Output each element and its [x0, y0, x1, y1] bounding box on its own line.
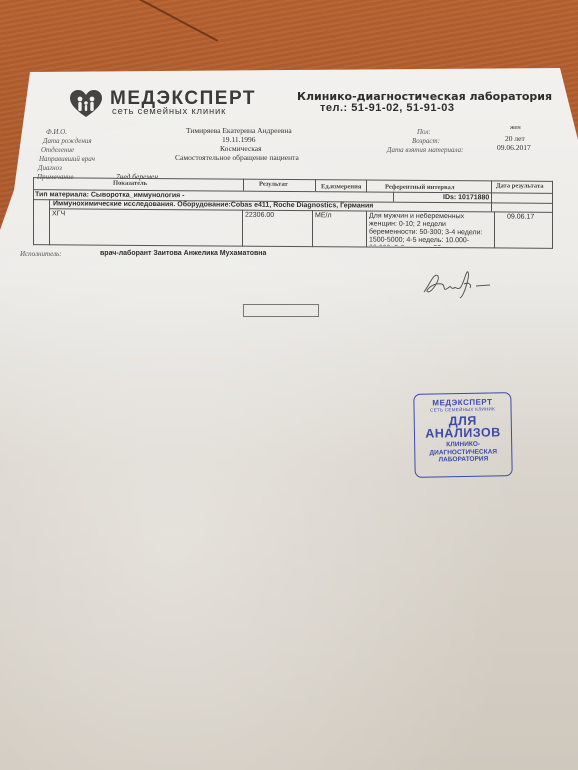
- department-value: Космическая: [220, 144, 262, 153]
- sample-date-label: Дата взятия материала:: [387, 146, 463, 154]
- sex-label: Пол:: [417, 128, 431, 136]
- stamp-main-line2: АНАЛИЗОВ: [415, 426, 511, 440]
- performer-value: врач-лаборант Заитова Анжелика Мухаматов…: [100, 250, 266, 257]
- header-reference: Референтный интервал: [385, 184, 455, 191]
- referring-doctor-value: Самостоятельное обращение пациента: [175, 153, 299, 162]
- sample-date-value: 09.06.2017: [497, 143, 531, 152]
- row-unit: МЕ/л: [315, 212, 332, 219]
- lab-result-document: МЕДЭКСПЕРТ сеть семейных клиник Клинико-…: [0, 0, 578, 770]
- lab-phones: тел.: 51-91-02, 51-91-03: [320, 102, 454, 114]
- age-label: Возраст:: [412, 137, 440, 145]
- signature-icon: [420, 262, 500, 302]
- header-unit: Ед.измерения: [321, 183, 361, 190]
- performer-label: Исполнитель:: [20, 250, 62, 258]
- stamp-subtitle: СЕТЬ СЕМЕЙНЫХ КЛИНИК: [415, 406, 511, 413]
- fio-label: Ф.И.О.: [46, 128, 67, 136]
- row-date: 09.06.17: [507, 213, 534, 220]
- sex-value: жен: [510, 124, 521, 131]
- dob-label: Дата рождения: [43, 137, 92, 145]
- dob-value: 19.11.1996: [222, 135, 255, 144]
- row-result: 22306.00: [245, 212, 274, 219]
- row-indicator: ХГЧ: [52, 210, 65, 217]
- diagnosis-label: Диагноз: [38, 164, 62, 172]
- sample-ids: IDs: 10171880: [443, 194, 489, 201]
- empty-field-box: [243, 304, 319, 317]
- age-value: 20 лет: [505, 134, 525, 143]
- lab-stamp: МЕДЭКСПЕРТ СЕТЬ СЕМЕЙНЫХ КЛИНИК ДЛЯ АНАЛ…: [413, 392, 512, 478]
- brand-subtitle: сеть семейных клиник: [112, 106, 226, 117]
- row-reference: Для мужчин и небеременных женщин: 0-10; …: [369, 213, 489, 247]
- department-label: Отделение: [41, 146, 74, 154]
- material-type: Тип материала: Сыворотка_иммунология -: [35, 191, 185, 199]
- results-table: Показатель Результат Ед.измерения Рефере…: [33, 177, 553, 249]
- header-date: Дата результата: [496, 182, 543, 189]
- header-result: Результат: [259, 181, 288, 188]
- referring-doctor-label: Направивший врач: [39, 155, 95, 163]
- fio-value: Тимиряева Екатерина Андреевна: [186, 126, 292, 135]
- header-indicator: Показатель: [113, 180, 147, 187]
- family-heart-icon: [70, 90, 102, 118]
